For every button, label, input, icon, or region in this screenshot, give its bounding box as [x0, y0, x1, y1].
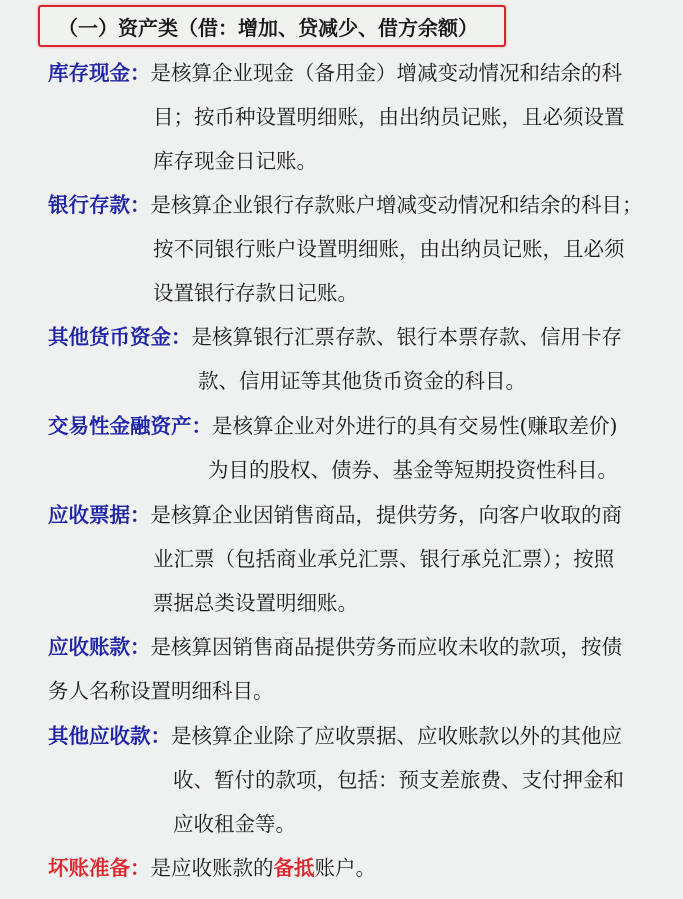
entry-notes-receivable: 应收票据：是核算企业因销售商品，提供劳务，向客户收取的商 业汇票（包括商业承兑汇… [48, 493, 663, 625]
definition-text: 是核算企业银行存款账户增减变动情况和结余的科目； [151, 193, 643, 217]
term-label: 应收票据： [48, 503, 151, 527]
definition-text: 票据总类设置明细账。 [153, 591, 358, 615]
definition-text: 是核算企业除了应收票据、应收账款以外的其他应 [171, 724, 622, 748]
term-label: 银行存款： [48, 193, 151, 217]
definition-text: 按不同银行账户设置明细账，由出纳员记账，且必须 [153, 237, 625, 261]
definition-text: 应收租金等。 [173, 812, 296, 836]
definition-text: 是核算企业因销售商品，提供劳务，向客户收取的商 [151, 503, 623, 527]
entry-other-receivables: 其他应收款：是核算企业除了应收票据、应收账款以外的其他应 收、暂付的款项，包括：… [48, 714, 663, 846]
entry-accounts-receivable: 应收账款：是核算因销售商品提供劳务而应收未收的款项，按债 务人名称设置明细科目。 [48, 625, 663, 713]
definition-text: 是核算银行汇票存款、银行本票存款、信用卡存 [192, 325, 623, 349]
definition-text: 是核算因销售商品提供劳务而应收未收的款项，按债 [151, 635, 623, 659]
definition-text: 设置银行存款日记账。 [153, 281, 358, 305]
definition-text: 是应收账款的 [151, 856, 274, 880]
definition-text: 款、信用证等其他货币资金的科目。 [198, 369, 526, 393]
term-label: 坏账准备： [48, 856, 151, 880]
section-title: （一）资产类（借：增加、贷减少、借方余额） [58, 12, 478, 41]
term-label: 交易性金融资产： [48, 414, 212, 438]
term-label: 其他应收款： [48, 724, 171, 748]
entry-bank-deposit: 银行存款：是核算企业银行存款账户增减变动情况和结余的科目； 按不同银行账户设置明… [48, 183, 663, 315]
definition-text: 收、暂付的款项，包括：预支差旅费、支付押金和 [173, 768, 624, 792]
term-label: 应收账款： [48, 635, 151, 659]
definition-text: 是核算企业对外进行的具有交易性(赚取差价) [212, 414, 618, 438]
definition-text: 账户。 [315, 856, 377, 880]
term-label: 库存现金： [48, 61, 151, 85]
definition-text: 业汇票（包括商业承兑汇票、银行承兑汇票）；按照 [153, 547, 614, 571]
entry-bad-debt-allowance: 坏账准备：是应收账款的备抵账户。 [48, 846, 663, 890]
entry-trading-financial-assets: 交易性金融资产：是核算企业对外进行的具有交易性(赚取差价) 为目的股权、债券、基… [48, 404, 663, 492]
definition-text: 库存现金日记账。 [153, 149, 317, 173]
term-label: 其他货币资金： [48, 325, 192, 349]
definition-text: 为目的股权、债券、基金等短期投资性科目。 [208, 458, 618, 482]
definition-text: 目；按币种设置明细账，由出纳员记账，且必须设置 [153, 105, 625, 129]
definition-text: 务人名称设置明细科目。 [48, 679, 274, 703]
entry-other-monetary-funds: 其他货币资金：是核算银行汇票存款、银行本票存款、信用卡存 款、信用证等其他货币资… [48, 315, 663, 403]
entry-cash: 库存现金：是核算企业现金（备用金）增减变动情况和结余的科 目；按币种设置明细账，… [48, 51, 663, 183]
highlight-text: 备抵 [274, 856, 315, 880]
definition-text: 是核算企业现金（备用金）增减变动情况和结余的科 [151, 61, 623, 85]
section-header: （一）资产类（借：增加、贷减少、借方余额） [38, 5, 506, 47]
